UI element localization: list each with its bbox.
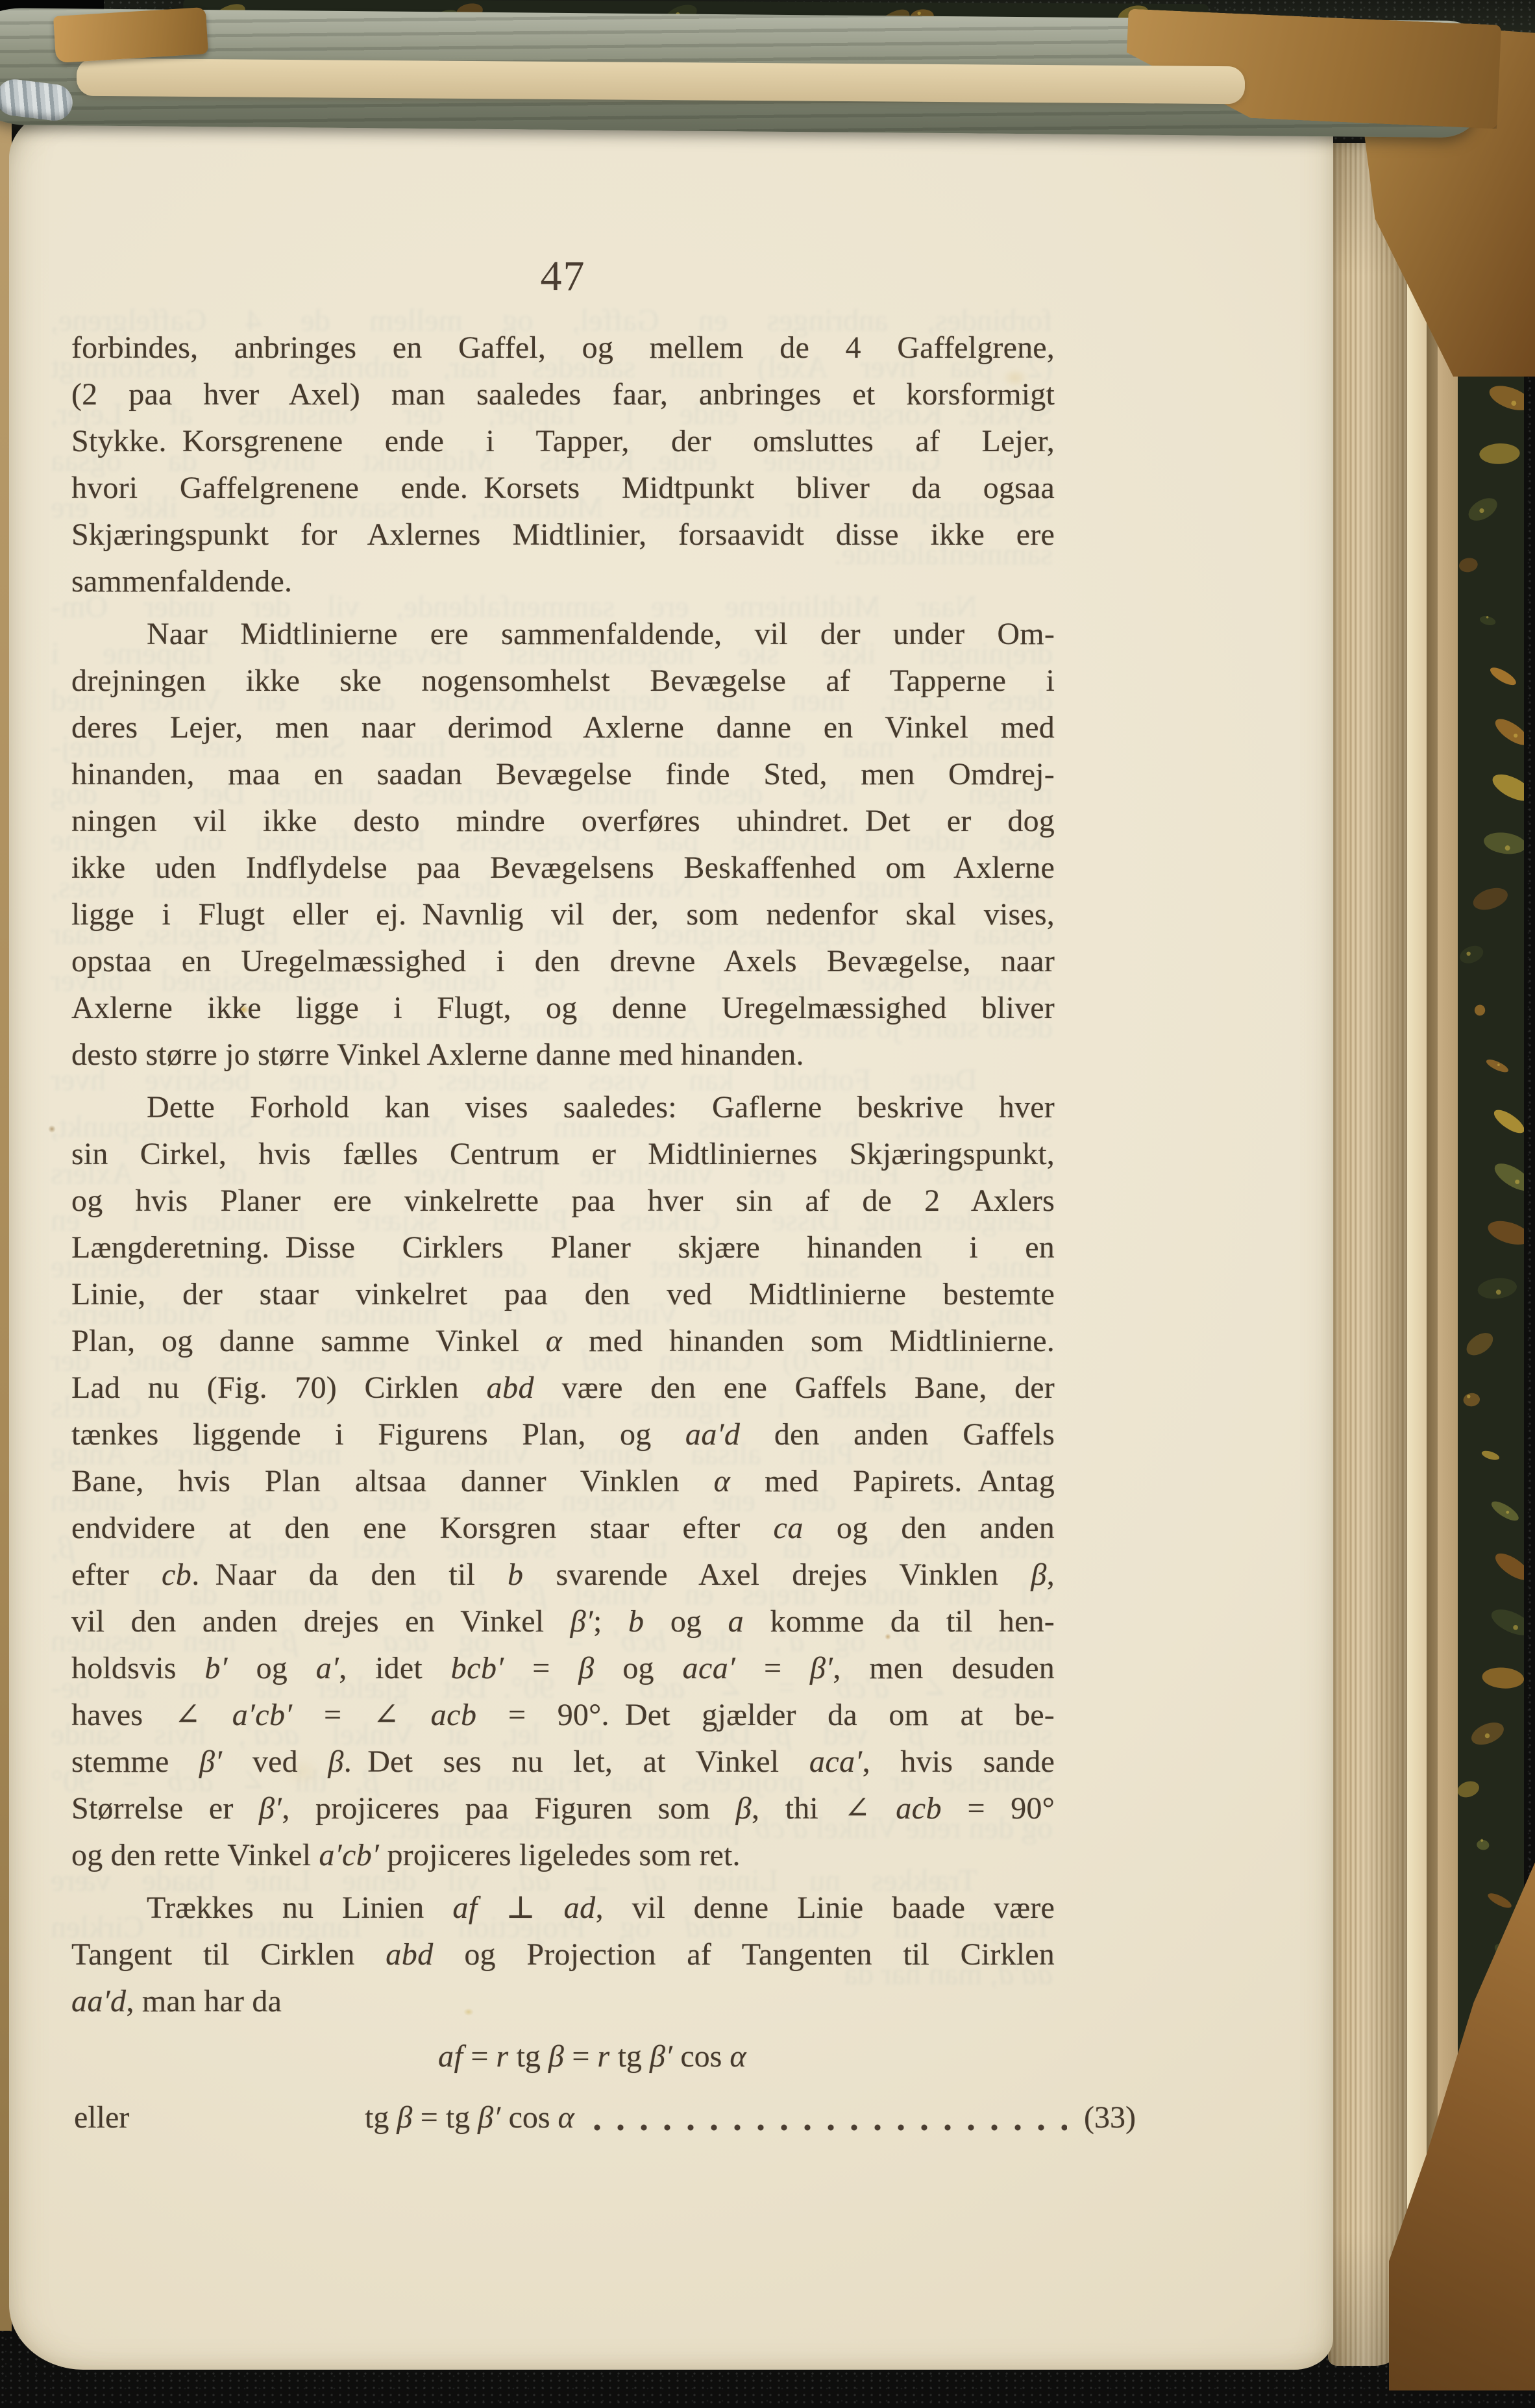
text-line: forbindes, anbringes en Gaffel, og melle… [71, 325, 1055, 371]
text-line: Størrelse er β′, projiceres paa Figuren … [71, 1785, 1055, 1832]
text-line: desto større jo større Vinkel Axlerne da… [71, 1032, 1055, 1078]
text-line: drejningen ikke ske nogensomhelst Bevæge… [71, 658, 1055, 704]
text-line: Tangent til Cirklen abd og Projection af… [71, 1931, 1055, 1978]
text-line: haves ∠ a′cb′ = ∠ acb = 90°. Det gjælder… [71, 1692, 1055, 1739]
text-line: Stykke. Korsgrenene ende i Tapper, der o… [71, 418, 1055, 465]
text-line: sin Cirkel, hvis fælles Centrum er Midtl… [71, 1131, 1055, 1178]
text-line: ningen vil ikke desto mindre overføres u… [71, 798, 1055, 845]
book-scan: forbindes, anbringes en Gaffel, og melle… [0, 0, 1535, 2408]
page-number: 47 [71, 252, 1055, 301]
formula-line-1: af = r tg β = r tg β′ cos α [71, 2033, 1055, 2080]
text-line: holdsvis b′ og a′, idet bcb′ = β og aca′… [71, 1645, 1055, 1692]
text-line: (2 paa hver Axel) man saaledes faar, anb… [71, 371, 1055, 418]
formula-block: af = r tg β = r tg β′ cos α eller tg β =… [71, 2033, 1055, 2141]
page-block-fore-edge [1328, 143, 1407, 2366]
text-line: stemme β′ ved β. Det ses nu let, at Vink… [71, 1739, 1055, 1785]
text-line: deres Lejer, men naar derimod Axlerne da… [71, 704, 1055, 751]
body-text: forbindes, anbringes en Gaffel, og melle… [71, 325, 1055, 2025]
dotted-leader [594, 2124, 1067, 2131]
text-line: og den rette Vinkel a′cb′ projiceres lig… [71, 1832, 1055, 1879]
text-line: aa′d, man har da [71, 1978, 1055, 2025]
page-edge-light-strip [1407, 149, 1427, 2362]
paper-stain [48, 1125, 56, 1133]
text-line: opstaa en Uregelmæssighed i den drevne A… [71, 938, 1055, 985]
text-line: Linie, der staar vinkelret paa den ved M… [71, 1271, 1055, 1318]
text-line: og hvis Planer ere vinkelrette paa hver … [71, 1178, 1055, 1224]
text-line: Skjæringspunkt for Axlernes Midtlinier, … [71, 512, 1055, 558]
text-line: Dette Forhold kan vises saaledes: Gafler… [71, 1084, 1055, 1131]
text-line: Plan, og danne samme Vinkel α med hinand… [71, 1318, 1055, 1365]
text-line: sammenfaldende. [71, 558, 1055, 605]
text-line: ikke uden Indflydelse paa Bevægelsens Be… [71, 845, 1055, 891]
text-line: Bane, hvis Plan altsaa danner Vinklen α … [71, 1458, 1055, 1505]
page-edge-tan-strip [1438, 153, 1458, 2363]
text-line: Længderetning. Disse Cirklers Planer skj… [71, 1224, 1055, 1271]
book-page: forbindes, anbringes en Gaffel, og melle… [9, 96, 1333, 2370]
text-line: hinanden, maa en saadan Bevægelse finde … [71, 751, 1055, 798]
text-line: endvidere at den ene Korsgren staar efte… [71, 1505, 1055, 1552]
text-line: Lad nu (Fig. 70) Cirklen abd være den en… [71, 1365, 1055, 1411]
text-line: vil den anden drejes en Vinkel β′; b og … [71, 1598, 1055, 1645]
text-line: hvori Gaffelgrenene ende. Korsets Midtpu… [71, 465, 1055, 512]
formula-row: eller tg β = tg β′ cos α (33) [71, 2094, 1136, 2141]
text-line: Trækkes nu Linien af ⊥ ad, vil denne Lin… [71, 1885, 1055, 1931]
formula-intro-label: eller [74, 2094, 129, 2141]
page-edge-dark-strip [1427, 153, 1438, 2360]
leather-corner-top-left [53, 7, 208, 63]
text-line: tænkes liggende i Figurens Plan, og aa′d… [71, 1411, 1055, 1458]
text-line: Axlerne ikke ligge i Flugt, og denne Ure… [71, 985, 1055, 1032]
formula-line-2: tg β = tg β′ cos α [365, 2094, 574, 2141]
equation-number: (33) [1084, 2094, 1136, 2141]
text-line: Naar Midtlinierne ere sammenfaldende, vi… [71, 611, 1055, 658]
text-line: efter cb. Naar da den til b svarende Axe… [71, 1552, 1055, 1598]
text-line: ligge i Flugt eller ej. Navnlig vil der,… [71, 891, 1055, 938]
